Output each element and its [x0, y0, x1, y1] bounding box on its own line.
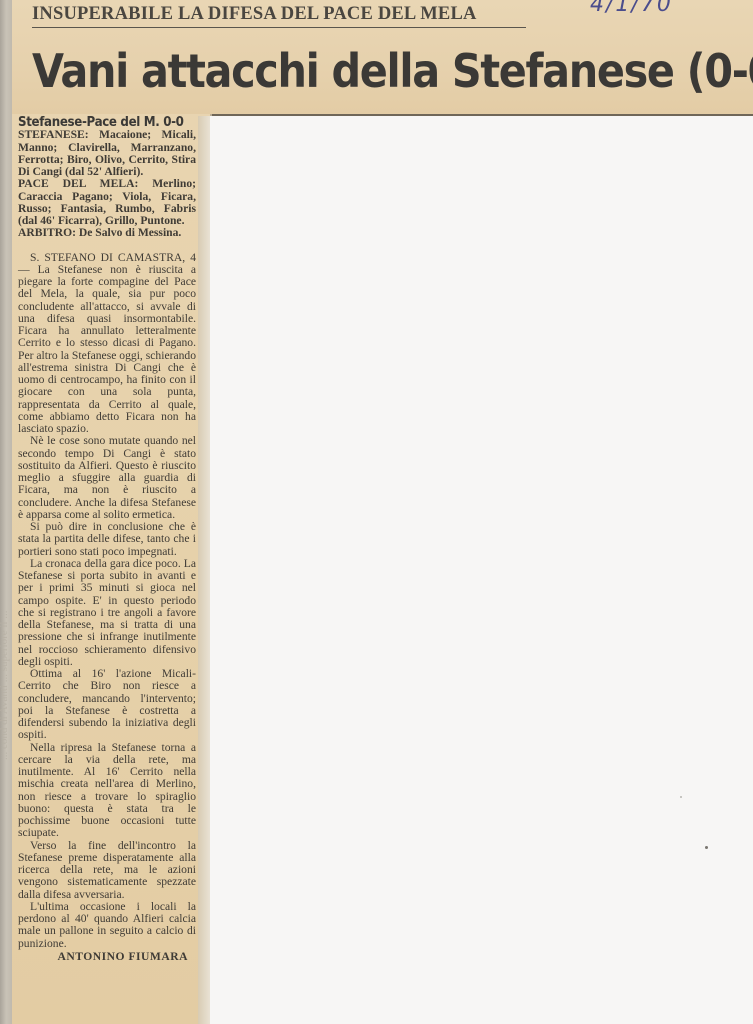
article-paragraph: S. STEFANO DI CAMASTRA, 4 — La Stefanese… — [18, 252, 196, 436]
kicker-headline: INSUPERABILE LA DIFESA DEL PACE DEL MELA — [32, 4, 526, 28]
article-paragraph: Nè le cose sono mutate quando nel second… — [18, 435, 196, 521]
blank-paper-area — [210, 116, 753, 1024]
article-paragraph: L'ultima occasione i locali la perdono a… — [18, 901, 196, 950]
lineup-referee: ARBITRO: De Salvo di Messina. — [18, 227, 196, 239]
lineup-pace-del-mela: PACE DEL MELA: Merlino; Caraccia Pagano;… — [18, 178, 196, 227]
match-result-subhead: Stefanese-Pace del M. 0-0 — [18, 116, 175, 128]
paper-speck — [705, 846, 708, 849]
lineup-stefanese: STEFANESE: Macaione; Micali, Manno; Clav… — [18, 129, 196, 178]
article-paragraph: Ottima al 16' l'azione Micali-Cerrito ch… — [18, 668, 196, 742]
article-paragraph: Nella ripresa la Stefanese torna a cerca… — [18, 742, 196, 840]
article-paragraph: Verso la fine dell'incontro la Stefanese… — [18, 840, 196, 901]
paper-fold-strip — [198, 116, 210, 1024]
handwritten-date: 4/1/70 — [590, 0, 673, 17]
paper-speck — [680, 796, 682, 798]
main-headline: Vani attacchi della Stefanese (0-0) — [32, 40, 689, 102]
lineup-players: De Salvo di Messina. — [79, 226, 181, 239]
lineup-team: PACE DEL MELA: — [18, 177, 138, 190]
lineup-team: ARBITRO: — [18, 226, 76, 239]
article-paragraph: La cronaca della gara dice poco. La Stef… — [18, 558, 196, 668]
lineup-team: STEFANESE: — [18, 128, 89, 141]
article-paragraph: Si può dire in conclusione che è stata l… — [18, 521, 196, 558]
byline: ANTONINO FIUMARA — [18, 951, 196, 963]
clipping-header: INSUPERABILE LA DIFESA DEL PACE DEL MELA… — [12, 0, 753, 116]
article-column: Stefanese-Pace del M. 0-0 STEFANESE: Mac… — [18, 114, 196, 963]
